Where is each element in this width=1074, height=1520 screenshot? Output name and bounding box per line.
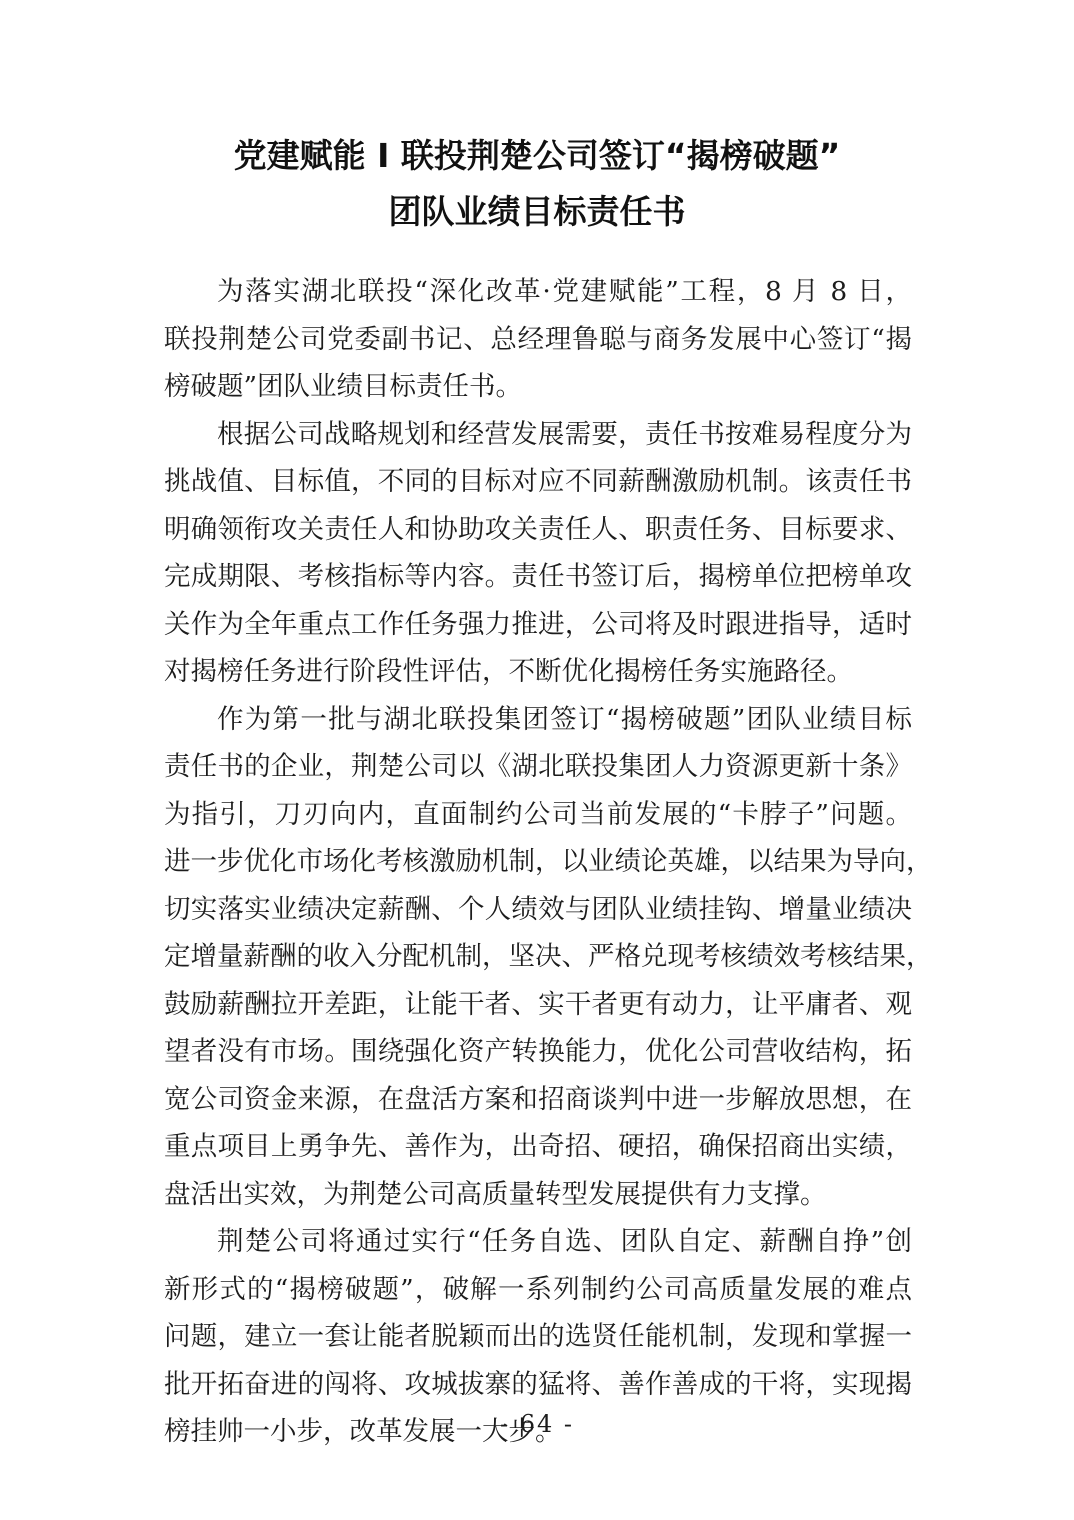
paragraph-line: 明确领衔攻关责任人和协助攻关责任人、职责任务、目标要求、 — [164, 506, 912, 554]
paragraph-line: 进一步优化市场化考核激励机制，以业绩论英雄，以结果为导向， — [164, 838, 912, 886]
paragraph-2: 根据公司战略规划和经营发展需要，责任书按难易程度分为 挑战值、目标值，不同的目标… — [164, 411, 912, 696]
paragraph-line: 为指引，刀刃向内，直面制约公司当前发展的“卡脖子”问题。 — [164, 791, 912, 839]
paragraph-line: 关作为全年重点工作任务强力推进，公司将及时跟进指导，适时 — [164, 601, 912, 649]
title-line-2: 团队业绩目标责任书 — [0, 184, 1074, 240]
paragraph-line: 榜破题”团队业绩目标责任书。 — [164, 363, 912, 411]
paragraph-line: 挑战值、目标值，不同的目标对应不同薪酬激励机制。该责任书 — [164, 458, 912, 506]
paragraph-line: 根据公司战略规划和经营发展需要，责任书按难易程度分为 — [164, 411, 912, 459]
paragraph-line: 荆楚公司将通过实行“任务自选、团队自定、薪酬自挣”创 — [164, 1218, 912, 1266]
paragraph-line: 重点项目上勇争先、善作为，出奇招、硬招，确保招商出实绩， — [164, 1123, 912, 1171]
paragraph-line: 批开拓奋进的闯将、攻城拔寨的猛将、善作善成的干将，实现揭 — [164, 1361, 912, 1409]
paragraph-line: 新形式的“揭榜破题”，破解一系列制约公司高质量发展的难点 — [164, 1266, 912, 1314]
article-body: 为落实湖北联投“深化改革·党建赋能”工程，8 月 8 日， 联投荆楚公司党委副书… — [164, 268, 912, 1456]
article-title: 党建赋能 Ⅰ 联投荆楚公司签订“揭榜破题” 团队业绩目标责任书 — [0, 128, 1074, 240]
title-line-1: 党建赋能 Ⅰ 联投荆楚公司签订“揭榜破题” — [0, 128, 1074, 184]
paragraph-line: 望者没有市场。围绕强化资产转换能力，优化公司营收结构，拓 — [164, 1028, 912, 1076]
page-number: - 64 - — [0, 1408, 1074, 1440]
paragraph-line: 联投荆楚公司党委副书记、总经理鲁聪与商务发展中心签订“揭 — [164, 316, 912, 364]
paragraph-line: 宽公司资金来源，在盘活方案和招商谈判中进一步解放思想，在 — [164, 1076, 912, 1124]
paragraph-line: 为落实湖北联投“深化改革·党建赋能”工程，8 月 8 日， — [164, 268, 912, 316]
paragraph-line: 问题，建立一套让能者脱颖而出的选贤任能机制，发现和掌握一 — [164, 1313, 912, 1361]
paragraph-line: 完成期限、考核指标等内容。责任书签订后，揭榜单位把榜单攻 — [164, 553, 912, 601]
paragraph-line: 鼓励薪酬拉开差距，让能干者、实干者更有动力，让平庸者、观 — [164, 981, 912, 1029]
paragraph-line: 责任书的企业，荆楚公司以《湖北联投集团人力资源更新十条》 — [164, 743, 912, 791]
paragraph-3: 作为第一批与湖北联投集团签订“揭榜破题”团队业绩目标 责任书的企业，荆楚公司以《… — [164, 696, 912, 1219]
paragraph-line: 对揭榜任务进行阶段性评估，不断优化揭榜任务实施路径。 — [164, 648, 912, 696]
paragraph-line: 切实落实业绩决定薪酬、个人绩效与团队业绩挂钩、增量业绩决 — [164, 886, 912, 934]
paragraph-line: 定增量薪酬的收入分配机制，坚决、严格兑现考核绩效考核结果， — [164, 933, 912, 981]
paragraph-line: 盘活出实效，为荆楚公司高质量转型发展提供有力支撑。 — [164, 1171, 912, 1219]
document-page: 党建赋能 Ⅰ 联投荆楚公司签订“揭榜破题” 团队业绩目标责任书 为落实湖北联投“… — [0, 0, 1074, 1520]
paragraph-1: 为落实湖北联投“深化改革·党建赋能”工程，8 月 8 日， 联投荆楚公司党委副书… — [164, 268, 912, 411]
paragraph-line: 作为第一批与湖北联投集团签订“揭榜破题”团队业绩目标 — [164, 696, 912, 744]
